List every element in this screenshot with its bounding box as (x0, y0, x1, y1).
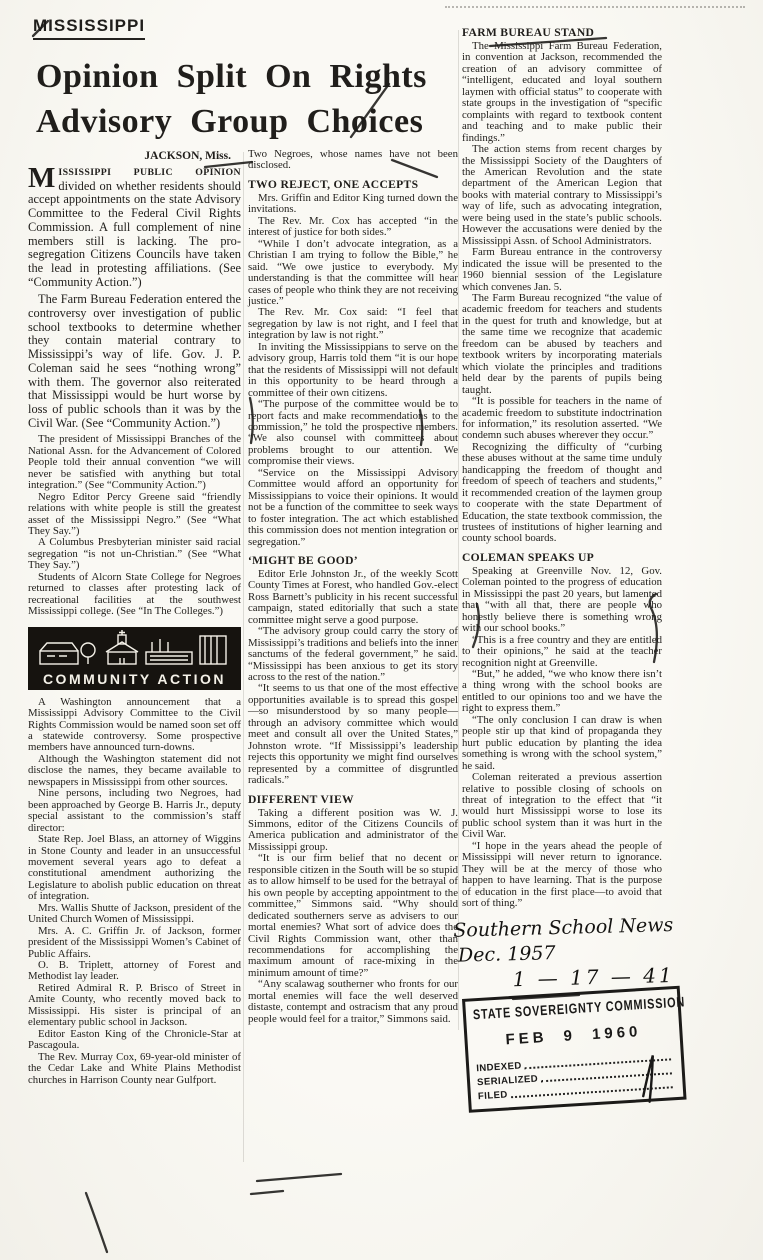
headline-line-2: Advisory Group Choices (36, 99, 476, 144)
paragraph: State Rep. Joel Blass, an attorney of Wi… (28, 834, 241, 903)
lead-paragraph: MISSISSIPPI PUBLIC OPINION divided on wh… (28, 165, 241, 289)
handwritten-checkmark (635, 1050, 666, 1109)
stamp-field-label: SERIALIZED (477, 1073, 539, 1088)
stamp-field-label: INDEXED (476, 1060, 522, 1074)
paragraph: The Farm Bureau recognized “the value of… (462, 293, 662, 396)
paragraph: “It seems to us that one of the most eff… (248, 683, 458, 786)
paragraph: “While I don’t advocate integration, as … (248, 239, 458, 308)
paragraph: “It is possible for teachers in the name… (462, 396, 662, 442)
paragraph: Mrs. Wallis Shutte of Jackson, president… (28, 903, 241, 926)
paragraph: “Service on the Mississippi Advisory Com… (248, 468, 458, 548)
paragraph: Mrs. A. C. Griffin Jr. of Jackson, forme… (28, 926, 241, 960)
paragraph: Recognizing the difficulty of “curbing t… (462, 442, 662, 545)
paragraph: The Rev. Murray Cox, 69-year-old ministe… (28, 1052, 241, 1086)
paragraph: “I hope in the years ahead the people of… (462, 841, 662, 910)
column-1: JACKSON, Miss. MISSISSIPPI PUBLIC OPINIO… (28, 150, 241, 1086)
paragraph: Although the Washington statement did no… (28, 754, 241, 788)
paragraph: The Rev. Mr. Cox has accepted “in the in… (248, 216, 458, 239)
handwriting-source: Southern School News (453, 914, 673, 942)
paragraph: Nine persons, including two Negroes, had… (28, 788, 241, 834)
article-headline: Opinion Split On Rights Advisory Group C… (36, 54, 476, 144)
sovereignty-commission-stamp: STATE SOVEREIGNTY COMMISSION FEB 9 1960 … (462, 985, 687, 1112)
paragraph: Two Negroes, whose names have not been d… (248, 149, 458, 172)
paragraph: Editor Erle Johnston Jr., of the weekly … (248, 569, 458, 626)
would-pen-underline (251, 1191, 283, 1194)
subhead-coleman-speaks-up: COLEMAN SPEAKS UP (462, 551, 662, 564)
lead-text: divided on whether residents should acce… (28, 179, 241, 289)
paragraph: The action stems from recent charges by … (462, 144, 662, 247)
paragraph: “The only conclusion I can draw is when … (462, 715, 662, 772)
dateline: JACKSON, Miss. (28, 150, 241, 162)
banner-title: COMMUNITY ACTION (32, 671, 237, 687)
subhead-two-reject-one-accepts: TWO REJECT, ONE ACCEPTS (248, 178, 458, 191)
newspaper-clipping-page: MISSISSIPPI Opinion Split On Rights Advi… (0, 0, 763, 1260)
community-action-banner: COMMUNITY ACTION (28, 627, 241, 690)
paragraph: “The purpose of the committee would be t… (248, 399, 458, 468)
paragraph: Taking a different position was W. J. Si… (248, 808, 458, 854)
paragraph: “It is our firm belief that no decent or… (248, 853, 458, 979)
paragraph: In inviting the Mississippians to serve … (248, 342, 458, 399)
subhead-might-be-good: ‘MIGHT BE GOOD’ (248, 554, 458, 567)
paragraph: “The advisory group could carry the stor… (248, 626, 458, 683)
paragraph: The Mississippi Farm Bureau Federation, … (462, 41, 662, 144)
paragraph: Speaking at Greenville Nov. 12, Gov. Col… (462, 566, 662, 635)
easton-king-pen-stroke (86, 1193, 107, 1252)
ostracism-pen-underline (257, 1174, 341, 1181)
community-action-skyline-art (34, 630, 235, 670)
drop-cap: M (28, 165, 58, 190)
paragraph: “Any scalawag southerner who fronts for … (248, 979, 458, 1025)
stamp-date: FEB 9 1960 (474, 1021, 673, 1050)
paragraph: Students of Alcorn State College for Neg… (28, 572, 241, 618)
paragraph: O. B. Triplett, attorney of Forest and M… (28, 960, 241, 983)
paragraph: Editor Easton King of the Chronicle-Star… (28, 1029, 241, 1052)
scan-edge-artifact (445, 6, 745, 8)
column-3: FARM BUREAU STAND The Mississippi Farm B… (462, 26, 662, 1113)
paragraph: The Farm Bureau Federation entered the c… (28, 293, 241, 430)
stamp-title: STATE SOVEREIGNTY COMMISSION (472, 996, 627, 1021)
lead-small-caps: ISSISSIPPI PUBLIC OPINION (58, 167, 241, 178)
paragraph: “But,” he added, “we who know there isn’… (462, 669, 662, 715)
column-2: Two Negroes, whose names have not been d… (248, 149, 458, 1025)
subhead-farm-bureau-stand: FARM BUREAU STAND (462, 26, 662, 39)
subhead-different-view: DIFFERENT VIEW (248, 793, 458, 806)
paragraph: The president of Mississippi Branches of… (28, 434, 241, 491)
headline-line-1: Opinion Split On Rights (36, 54, 476, 99)
paragraph: A Washington announcement that a Mississ… (28, 697, 241, 754)
column-rule (458, 30, 459, 1030)
paragraph: Coleman reiterated a previous assertion … (462, 772, 662, 841)
paragraph: A Columbus Presbyterian minister said ra… (28, 537, 241, 571)
handwritten-annotation: Southern School News Dec. 1957 1 — 17 — … (453, 913, 663, 993)
stamp-field-label: FILED (478, 1089, 508, 1102)
paragraph: Retired Admiral R. P. Brisco of Street i… (28, 983, 241, 1029)
paragraph: Farm Bureau entrance in the controversy … (462, 247, 662, 293)
section-kicker: MISSISSIPPI (33, 16, 145, 40)
paragraph: The Rev. Mr. Cox said: “I feel that segr… (248, 307, 458, 341)
paragraph: Mrs. Griffin and Editor King turned down… (248, 193, 458, 216)
paragraph: “This is a free country and they are ent… (462, 635, 662, 669)
column-rule (243, 152, 244, 1162)
paragraph: Negro Editor Percy Greene said “friendly… (28, 492, 241, 538)
